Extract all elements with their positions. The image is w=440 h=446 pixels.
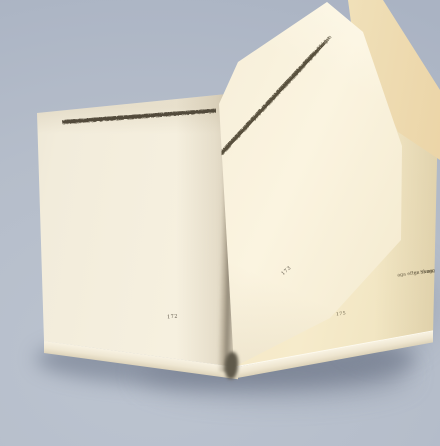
photo-open-book: – nu –’ga skugg-aga efter Shann- 175 sta…	[0, 0, 440, 446]
left-page-number: 172	[167, 314, 178, 321]
